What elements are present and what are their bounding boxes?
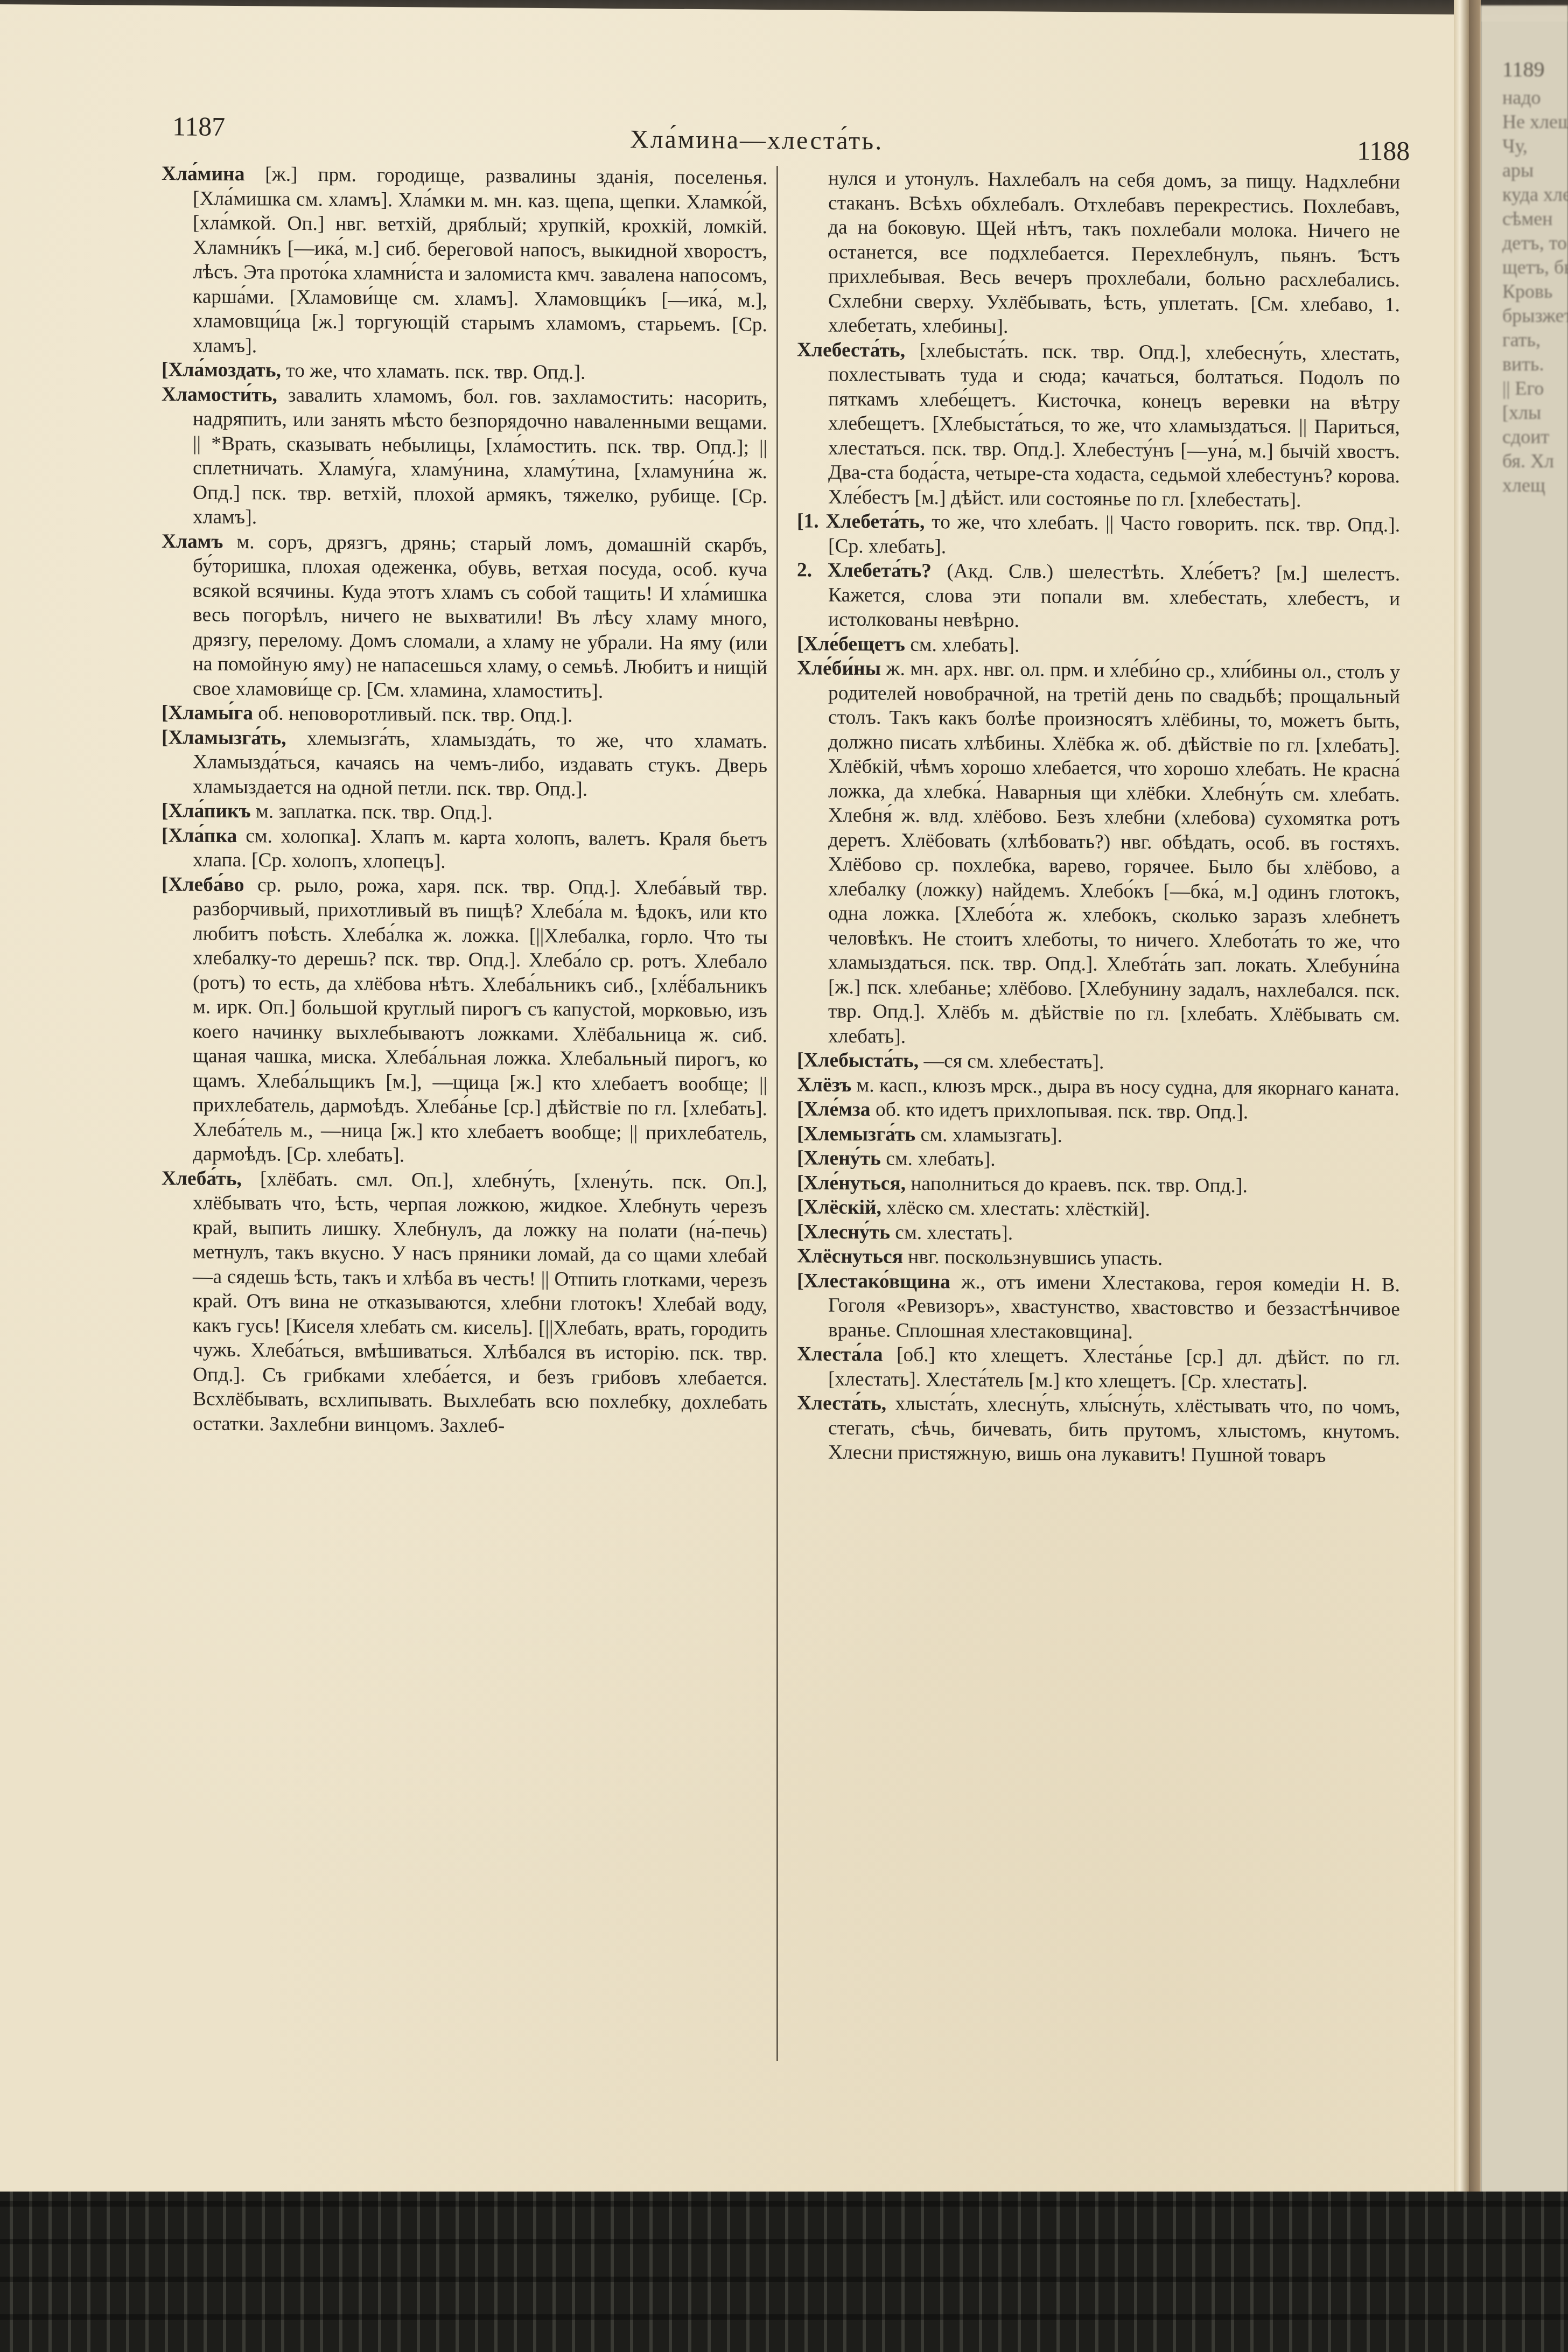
page-edge bbox=[1454, 0, 1469, 2352]
entry-text: об. кто идетъ прихлопывая. пск. твр. Опд… bbox=[876, 1098, 1248, 1123]
entry-text: см. хлебать]. bbox=[886, 1147, 995, 1170]
headword: [Хле́мза bbox=[797, 1098, 871, 1121]
entry-text: завалить хламомъ, бол. гов. захламостить… bbox=[193, 384, 767, 528]
dictionary-entry: [Хла́пка см. холопка]. Хлапъ м. карта хо… bbox=[162, 823, 767, 877]
dictionary-entry: Хлеста́ть, хлыста́ть, хлесну́ть, хлы́сну… bbox=[797, 1391, 1400, 1468]
next-page-line: ары bbox=[1502, 159, 1534, 181]
dictionary-entry: [Хлебыста́ть, —ся см. хлебестать]. bbox=[797, 1048, 1400, 1076]
dictionary-entry: [Хлену́ть см. хлебать]. bbox=[797, 1146, 1400, 1174]
entry-text: м. касп., клюзъ мрск., дыра въ носу судн… bbox=[856, 1074, 1399, 1100]
next-page-line: детъ, то bbox=[1502, 232, 1567, 254]
entry-text: см. хламызгать]. bbox=[921, 1123, 1062, 1146]
book-gutter bbox=[1469, 0, 1481, 2352]
dictionary-entry: Хла́мина [ж.] прм. городище, развалины з… bbox=[162, 162, 767, 362]
entry-text: см. холопка]. Хлапъ м. карта холопъ, вал… bbox=[193, 825, 767, 873]
headword: [Хламызга́ть, bbox=[162, 726, 286, 750]
headword: [Хлемызга́ть bbox=[797, 1123, 915, 1146]
left-column: Хла́мина [ж.] прм. городище, развалины з… bbox=[162, 162, 767, 1440]
dictionary-entry: Хламъ м. соръ, дрязгъ, дрянь; старый лом… bbox=[162, 529, 767, 705]
entry-text: нулся и утонулъ. Нахлебалъ на себя домъ,… bbox=[828, 167, 1400, 338]
book-page-spread: 1187 Хла́мина—хлеста́ть. 1188 Хла́мина [… bbox=[0, 4, 1454, 2211]
headword: Хлеба́ть, bbox=[162, 1167, 242, 1190]
next-page-line: хлещ bbox=[1502, 474, 1545, 496]
headword: Хлеста́ть, bbox=[797, 1392, 886, 1415]
headword: Хлебеста́ть, bbox=[797, 339, 905, 361]
dictionary-entry: [Хла́пикъ м. заплатка. пск. твр. Опд.]. bbox=[162, 799, 767, 827]
scanner-bed-background bbox=[0, 2192, 1568, 2352]
entry-text: [хлёбать. смл. Оп.], хлебну́ть, [хлену́т… bbox=[193, 1168, 767, 1437]
headword: [Хле́нуться, bbox=[797, 1172, 906, 1194]
running-title: Хла́мина—хлеста́ть. bbox=[630, 124, 883, 156]
dictionary-entry: Хлеста́ла [об.] кто хлещетъ. Хлеста́нье … bbox=[797, 1342, 1400, 1395]
next-page-line: бя. Хл bbox=[1502, 450, 1554, 472]
headword: [Хлестако́вщина bbox=[797, 1270, 950, 1293]
dictionary-entry: Хлёснуться нвг. поскользнувшись упасть. bbox=[797, 1244, 1400, 1272]
dictionary-entry: [Хлёскій, хлёско см. хлестать: хлёсткій]… bbox=[797, 1195, 1400, 1223]
dictionary-entry: [Хла́моздать, то же, что хламать. пск. т… bbox=[162, 358, 767, 386]
next-page-line: гать, bbox=[1502, 328, 1541, 351]
headword: [Хла́пикъ bbox=[162, 800, 251, 822]
entry-text: [ж.] прм. городище, развалины зданія, по… bbox=[193, 163, 767, 356]
entry-text: —ся см. хлебестать]. bbox=[924, 1050, 1104, 1073]
dictionary-entry: [Хле́мза об. кто идетъ прихлопывая. пск.… bbox=[797, 1097, 1400, 1125]
next-page-line: надо bbox=[1502, 86, 1541, 109]
headword: [1. Хлебета́ть, bbox=[797, 510, 925, 533]
headword: Хлёснуться bbox=[797, 1245, 903, 1268]
entry-text: нвг. поскользнувшись упасть. bbox=[908, 1246, 1163, 1270]
right-page-number: 1188 bbox=[1357, 135, 1410, 167]
entry-text: хлыста́ть, хлесну́ть, хлы́сну́ть, хлёсты… bbox=[828, 1393, 1400, 1467]
dictionary-entry: Хлебеста́ть, [хлебыста́ть. пск. твр. Опд… bbox=[797, 338, 1400, 513]
headword: [Хлесну́ть bbox=[797, 1221, 890, 1243]
right-column: нулся и утонулъ. Нахлебалъ на себя домъ,… bbox=[797, 166, 1400, 1468]
dictionary-entry: [Хлестако́вщина ж., отъ имени Хлестакова… bbox=[797, 1269, 1400, 1346]
headword: Хламъ bbox=[162, 530, 223, 553]
next-page-line: брызжетъ. bbox=[1502, 304, 1568, 327]
dictionary-entry: Хламости́ть, завалить хламомъ, бол. гов.… bbox=[162, 382, 767, 534]
dictionary-entry: Хле́би́ны ж. мн. арх. нвг. ол. прм. и хл… bbox=[797, 656, 1400, 1052]
dictionary-entry: [Хле́нуться, наполниться до краевъ. пск.… bbox=[797, 1171, 1400, 1199]
next-page-line: Чу, bbox=[1502, 135, 1528, 157]
headword: Хлёзъ bbox=[797, 1074, 851, 1096]
dictionary-entry: [Хламы́га об. неповоротливый. пск. твр. … bbox=[162, 701, 767, 729]
headword: [Хлеба́во bbox=[162, 873, 244, 896]
entry-text: [об.] кто хлещетъ. Хлеста́нье [ср.] дл. … bbox=[828, 1344, 1400, 1394]
entry-text: то же, что хламать. пск. твр. Опд.]. bbox=[286, 360, 585, 384]
next-page-fragment: 1189 надо Не хлещ Чу, ары куда хлес сѣме… bbox=[1481, 5, 1568, 2352]
headword: Хле́би́ны bbox=[797, 657, 881, 680]
dictionary-entry: [Хламызга́ть, хлемызга́ть, хламызда́ть, … bbox=[162, 725, 767, 803]
dictionary-entry: [1. Хлебета́ть, то же, что хлебать. || Ч… bbox=[797, 509, 1400, 562]
dictionary-entry: [Хлеба́во ср. рыло, рожа, харя. пск. твр… bbox=[162, 872, 767, 1171]
column-divider bbox=[776, 166, 778, 2061]
entry-text: хлёско см. хлестать: хлёсткій]. bbox=[886, 1196, 1150, 1220]
entry-text: см. хлебать]. bbox=[910, 633, 1019, 656]
entry-text: ср. рыло, рожа, харя. пск. твр. Опд.]. Х… bbox=[193, 874, 767, 1166]
headword: [Хла́пка bbox=[162, 824, 237, 847]
next-page-line: Не хлещ bbox=[1502, 110, 1568, 133]
dictionary-entry: Хлёзъ м. касп., клюзъ мрск., дыра въ нос… bbox=[797, 1073, 1400, 1101]
headword: [Хла́моздать, bbox=[162, 359, 281, 382]
entry-text: см. хлестать]. bbox=[895, 1221, 1013, 1244]
headword: [Хлебыста́ть, bbox=[797, 1049, 919, 1072]
next-page-line: щетъ, бьетъ bbox=[1502, 256, 1568, 278]
next-page-number: 1189 bbox=[1502, 57, 1545, 82]
dictionary-entry: [Хле́бещетъ см. хлебать]. bbox=[797, 632, 1400, 660]
entry-text: наполниться до краевъ. пск. твр. Опд.]. bbox=[911, 1172, 1248, 1196]
headword: 2. Хлебета́ть? bbox=[797, 559, 932, 582]
headword: [Хле́бещетъ bbox=[797, 633, 905, 655]
entry-text: [хлебыста́ть. пск. твр. Опд.], хлебесну́… bbox=[828, 339, 1400, 511]
entry-text: м. соръ, дрязгъ, дрянь; старый ломъ, дом… bbox=[193, 531, 767, 703]
headword: [Хламы́га bbox=[162, 702, 253, 724]
dictionary-entry: [Хлемызга́ть см. хламызгать]. bbox=[797, 1122, 1400, 1150]
left-page-number: 1187 bbox=[172, 110, 225, 142]
next-page-line: вить. bbox=[1502, 353, 1544, 375]
headword: Хла́мина bbox=[162, 163, 244, 185]
headword: [Хлёскій, bbox=[797, 1196, 881, 1219]
dictionary-entry: 2. Хлебета́ть? (Акд. Слв.) шелестѣть. Хл… bbox=[797, 558, 1400, 635]
next-page-line: || Его bbox=[1502, 377, 1544, 400]
entry-text: ж. мн. арх. нвг. ол. прм. и хле́би́но ср… bbox=[828, 657, 1400, 1047]
page-header: 1187 Хла́мина—хлеста́ть. 1188 bbox=[0, 109, 1454, 163]
next-page-line: сѣмен bbox=[1502, 207, 1553, 230]
headword: [Хлену́ть bbox=[797, 1147, 881, 1170]
dictionary-entry: [Хлесну́ть см. хлестать]. bbox=[797, 1220, 1400, 1248]
dictionary-entry-continuation: нулся и утонулъ. Нахлебалъ на себя домъ,… bbox=[797, 166, 1400, 341]
dictionary-entry: Хлеба́ть, [хлёбать. смл. Оп.], хлебну́ть… bbox=[162, 1166, 767, 1440]
next-page-line: Кровь bbox=[1502, 280, 1552, 303]
next-page-line: [хлы bbox=[1502, 401, 1541, 424]
headword: Хламости́ть, bbox=[162, 383, 277, 407]
entry-text: об. неповоротливый. пск. твр. Опд.]. bbox=[258, 702, 572, 726]
next-page-line: сдоит bbox=[1502, 425, 1549, 448]
entry-text: м. заплатка. пск. твр. Опд.]. bbox=[256, 800, 493, 824]
next-page-line: куда хлес bbox=[1502, 183, 1568, 206]
headword: Хлеста́ла bbox=[797, 1343, 883, 1366]
